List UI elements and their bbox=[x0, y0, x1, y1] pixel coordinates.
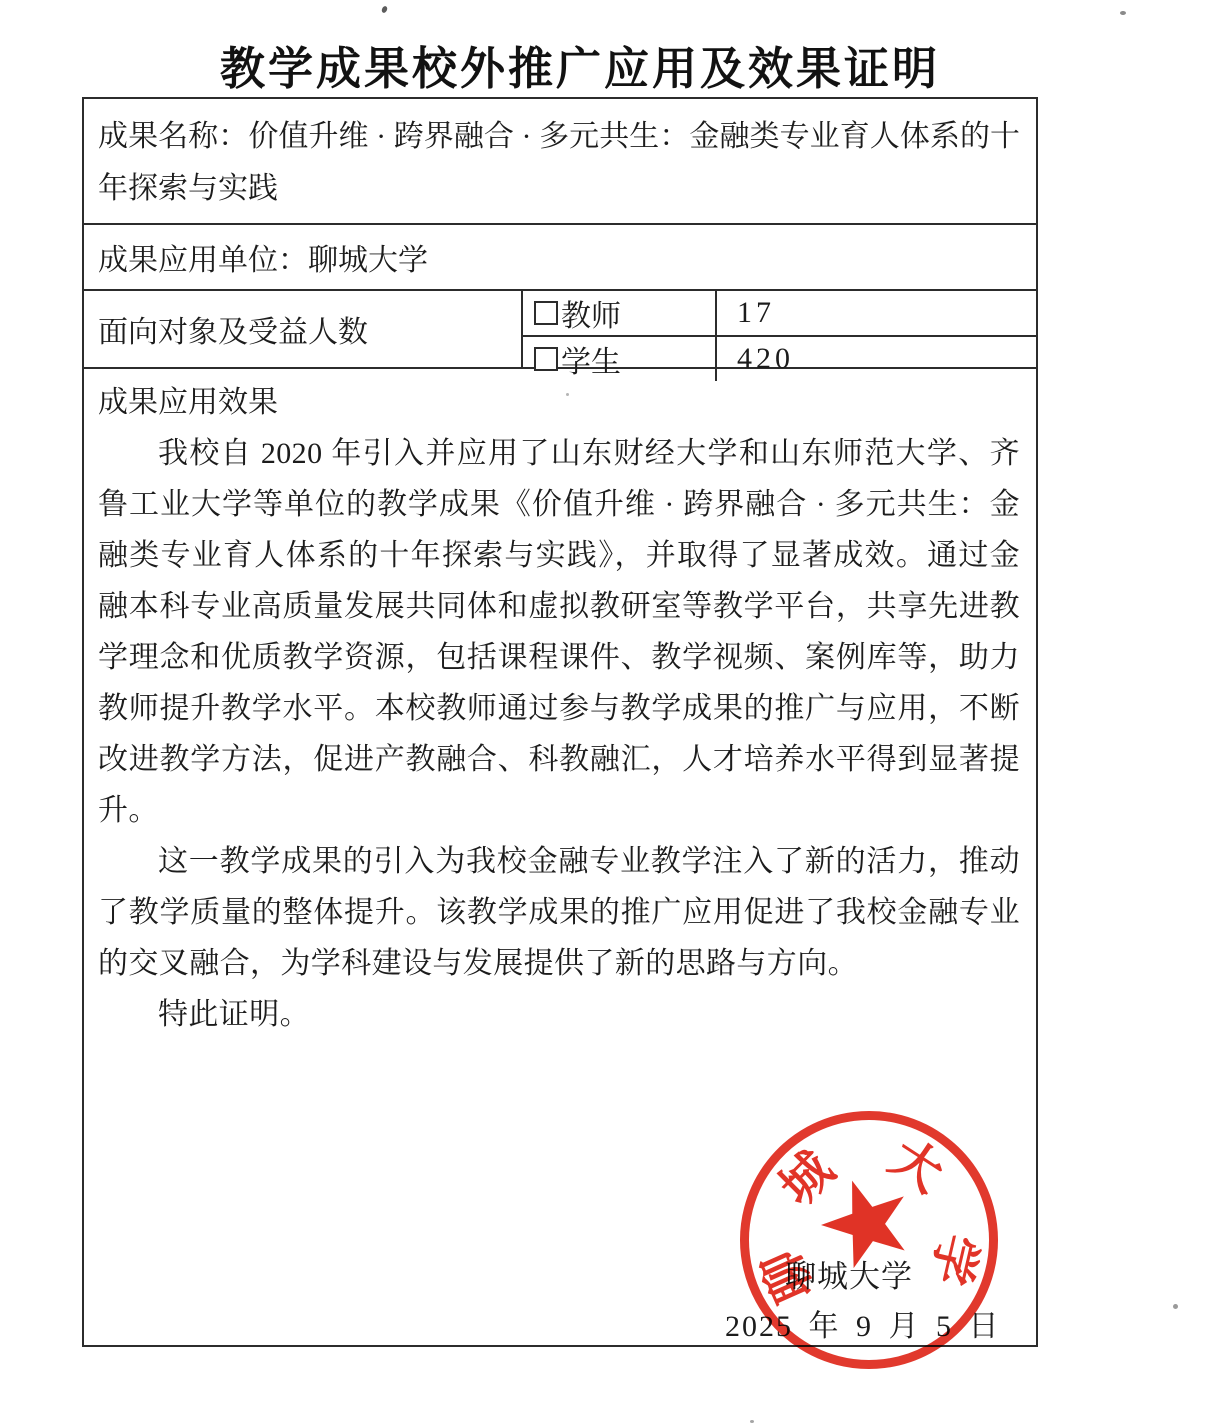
scan-speck bbox=[1173, 1304, 1178, 1309]
red-star-icon bbox=[811, 1168, 922, 1279]
effect-paragraph-2: 这一教学成果的引入为我校金融专业教学注入了新的活力，推动了教学质量的整体提升。该… bbox=[98, 836, 1020, 989]
teacher-subrow: 教师 17 bbox=[523, 291, 1036, 337]
audience-row: 面向对象及受益人数 教师 17 学生 420 bbox=[84, 291, 1036, 369]
result-name-label: 成果名称： bbox=[98, 120, 248, 153]
audience-label: 面向对象及受益人数 bbox=[84, 291, 523, 367]
apply-unit-row: 成果应用单位：聊城大学 bbox=[84, 225, 1036, 291]
audience-grid: 教师 17 学生 420 bbox=[523, 291, 1036, 367]
official-seal: 聊 城 大 学 bbox=[725, 1096, 1013, 1384]
teacher-check-cell: 教师 bbox=[523, 291, 717, 335]
teacher-label: 教师 bbox=[561, 291, 621, 335]
scan-speck bbox=[566, 393, 569, 396]
teacher-count: 17 bbox=[717, 291, 1036, 335]
student-checkbox-icon bbox=[534, 347, 558, 371]
effect-paragraph-1: 我校自 2020 年引入并应用了山东财经大学和山东师范大学、齐鲁工业大学等单位的… bbox=[98, 428, 1020, 836]
scan-speck bbox=[750, 1420, 754, 1423]
page-title: 教学成果校外推广应用及效果证明 bbox=[0, 32, 1160, 97]
teacher-checkbox-icon bbox=[534, 301, 558, 325]
result-name-row: 成果名称：价值升维 · 跨界融合 · 多元共生：金融类专业育人体系的十年探索与实… bbox=[84, 99, 1036, 225]
scan-speck bbox=[381, 5, 388, 13]
apply-unit-value: 聊城大学 bbox=[308, 235, 428, 279]
apply-unit-label: 成果应用单位： bbox=[98, 235, 308, 279]
effect-label: 成果应用效果 bbox=[98, 377, 1020, 428]
effect-paragraph-3: 特此证明。 bbox=[98, 989, 1020, 1040]
scan-speck bbox=[1120, 11, 1126, 15]
